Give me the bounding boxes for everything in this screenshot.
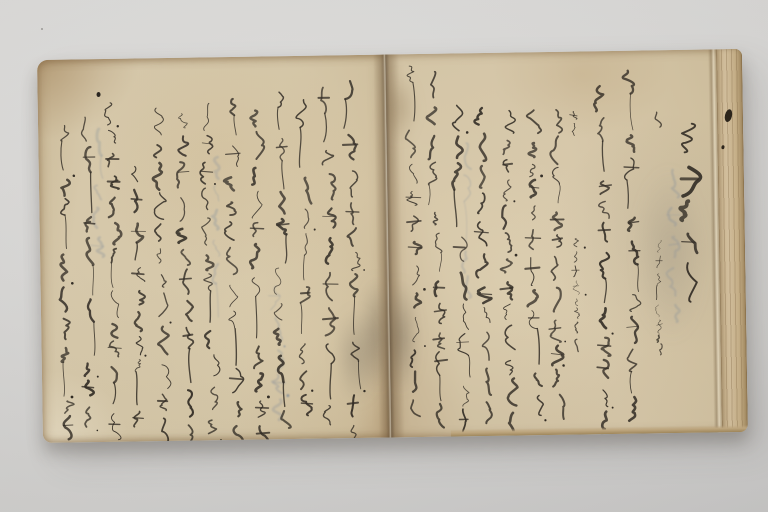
background-speck [41,28,43,30]
right-ghost-strokes [460,140,683,325]
right-page [385,49,748,438]
left-page [37,55,391,443]
fore-edge-ink-mark [724,109,734,123]
left-page-calligraphy [37,55,391,443]
photo-stage [0,0,768,512]
fore-edge-page-stack [716,49,748,432]
fore-edge-ink-mark [721,145,725,150]
right-page-calligraphy [385,49,748,438]
ink-dot [97,92,101,97]
manuscript-book [37,49,748,443]
left-ink-strokes [56,81,368,443]
right-ink-strokes [404,62,705,438]
left-ghost-strokes [89,126,290,423]
